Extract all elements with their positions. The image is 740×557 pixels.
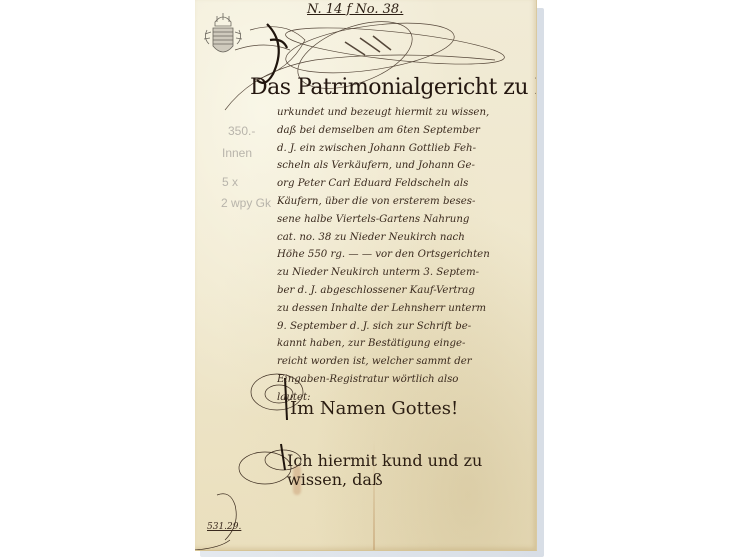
pencil-note: 5 x bbox=[222, 175, 238, 189]
body-line: sene halbe Viertels-Gartens Nahrung bbox=[277, 211, 527, 229]
body-line: org Peter Carl Eduard Feldscheln als bbox=[277, 175, 527, 193]
body-line: zu Nieder Neukirch unterm 3. Septem- bbox=[277, 264, 527, 282]
invocation-line: Im Namen Gottes! bbox=[290, 398, 458, 419]
folio-note: 531.29. bbox=[207, 522, 241, 532]
body-line: scheln als Verkäufern, und Johann Ge- bbox=[277, 157, 527, 175]
body-line: kannt haben, zur Bestätigung einge- bbox=[277, 335, 527, 353]
body-line: cat. no. 38 zu Nieder Neukirch nach bbox=[277, 229, 527, 247]
pencil-note: 350.- bbox=[228, 124, 255, 138]
body-line: Käufern, über die von ersterem beses- bbox=[277, 193, 527, 211]
body-line: Eingaben-Registratur wörtlich also bbox=[277, 371, 527, 389]
body-line: zu dessen Inhalte der Lehnsherr unterm bbox=[277, 300, 527, 318]
pencil-note: Innen bbox=[222, 146, 252, 160]
document-heading: Das Patrimonialgericht zu Neukirch bbox=[250, 75, 537, 100]
document-page: N. 14 f No. 38. Das Patrimonial bbox=[195, 0, 537, 551]
body-line: reicht worden ist, welcher sammt der bbox=[277, 353, 527, 371]
body-line: urkundet und bezeugt hiermit zu wissen, bbox=[277, 104, 527, 122]
body-line: Höhe 550 rg. — — vor den Ortsgerichten bbox=[277, 246, 527, 264]
body-line: daß bei demselben am 6ten September bbox=[277, 122, 527, 140]
pencil-note: 2 wpy Gk bbox=[221, 196, 271, 210]
body-line: 9. September d. J. sich zur Schrift be- bbox=[277, 318, 527, 336]
body-line: ber d. J. abgeschlossener Kauf-Vertrag bbox=[277, 282, 527, 300]
document-body: urkundet und bezeugt hiermit zu wissen, … bbox=[277, 104, 527, 407]
proclamation-line: Ich hiermit kund und zu wissen, daß bbox=[287, 451, 536, 489]
body-line: d. J. ein zwischen Johann Gottlieb Feh- bbox=[277, 140, 527, 158]
